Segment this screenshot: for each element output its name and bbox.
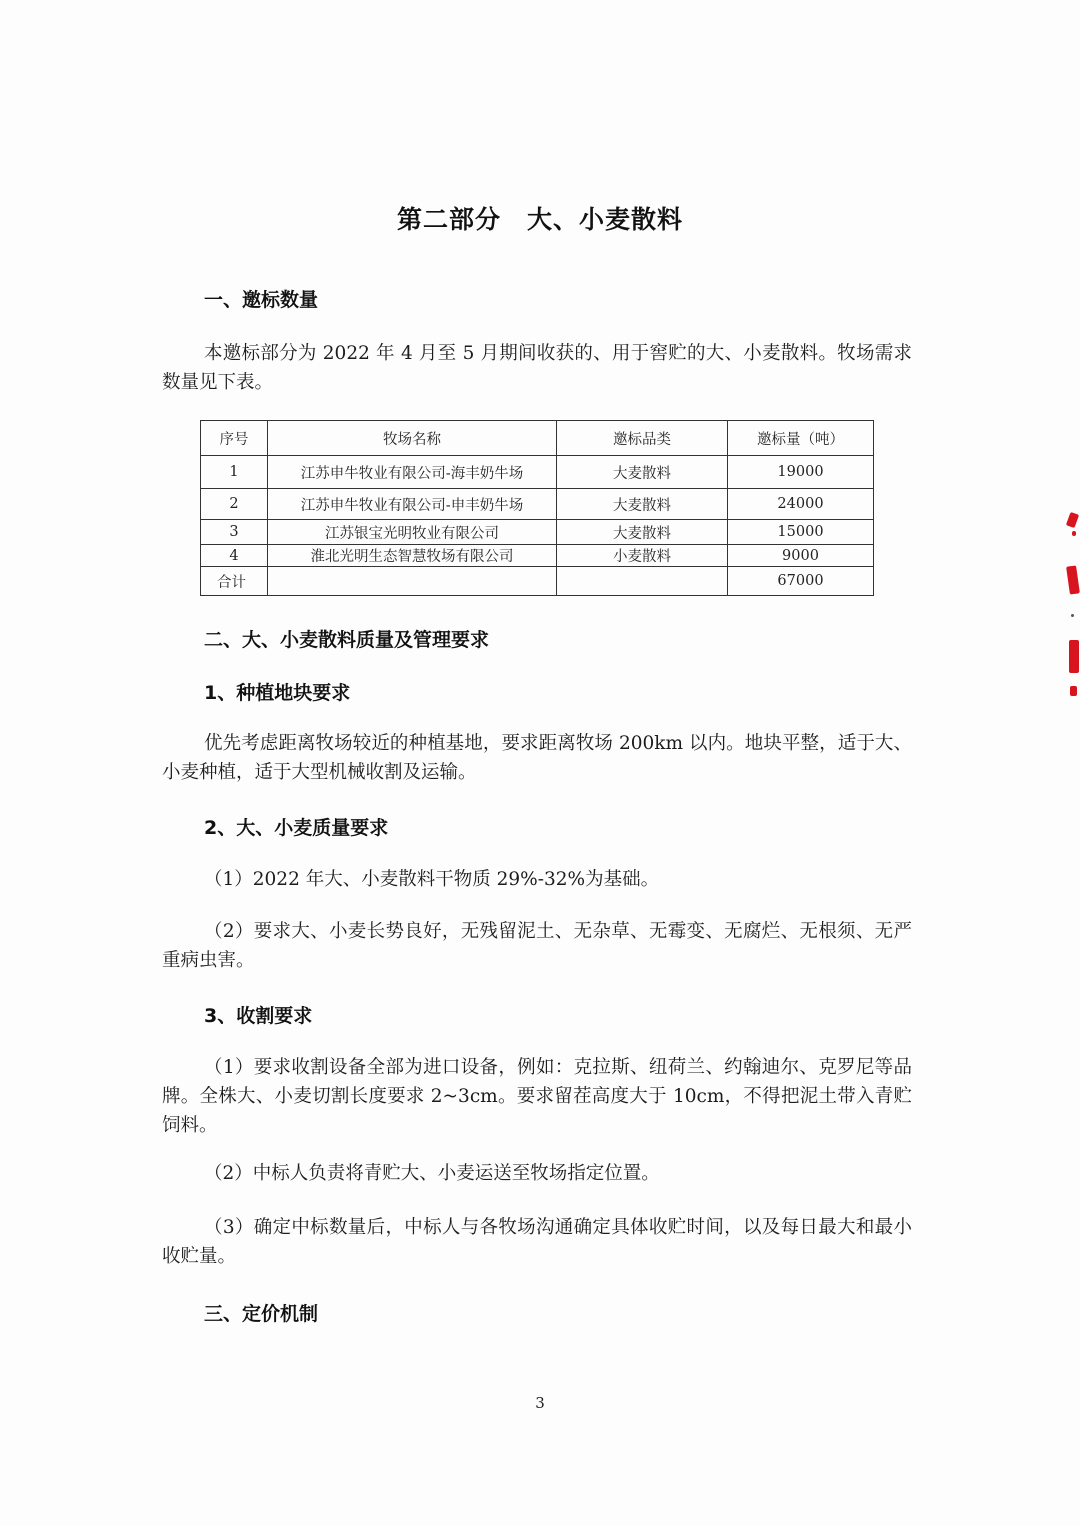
cell-category: 大麦散料 bbox=[557, 489, 728, 520]
table-row: 2 江苏申牛牧业有限公司-申丰奶牛场 大麦散料 24000 bbox=[201, 489, 874, 520]
cell-quantity: 24000 bbox=[728, 489, 874, 520]
subsection-2-1-paragraph: 优先考虑距离牧场较近的种植基地，要求距离牧场 200km 以内。地块平整，适于大… bbox=[162, 729, 912, 787]
table-total-row: 合计 67000 bbox=[201, 567, 874, 596]
header-category: 邀标品类 bbox=[557, 421, 728, 456]
cell-category: 小麦散料 bbox=[557, 545, 728, 567]
table-row: 1 江苏申牛牧业有限公司-海丰奶牛场 大麦散料 19000 bbox=[201, 456, 874, 489]
table-row: 4 淮北光明生态智慧牧场有限公司 小麦散料 9000 bbox=[201, 545, 874, 567]
subsection-heading-2-1: 1、种植地块要求 bbox=[204, 678, 350, 705]
subsection-heading-2-2: 2、大、小麦质量要求 bbox=[204, 813, 388, 840]
page-title: 第二部分 大、小麦散料 bbox=[0, 200, 1080, 236]
cell-quantity: 15000 bbox=[728, 520, 874, 545]
table-header-row: 序号 牧场名称 邀标品类 邀标量（吨） bbox=[201, 421, 874, 456]
page-number: 3 bbox=[0, 1394, 1080, 1412]
subsection-2-2-item-1: （1）2022 年大、小麦散料干物质 29%-32%为基础。 bbox=[162, 865, 912, 894]
header-farm-name: 牧场名称 bbox=[268, 421, 557, 456]
cell-total-quantity: 67000 bbox=[728, 567, 874, 596]
cell-farm-name: 江苏申牛牧业有限公司-海丰奶牛场 bbox=[268, 456, 557, 489]
cell-quantity: 9000 bbox=[728, 545, 874, 567]
cell-empty bbox=[557, 567, 728, 596]
cell-farm-name: 淮北光明生态智慧牧场有限公司 bbox=[268, 545, 557, 567]
table-row: 3 江苏银宝光明牧业有限公司 大麦散料 15000 bbox=[201, 520, 874, 545]
cell-farm-name: 江苏银宝光明牧业有限公司 bbox=[268, 520, 557, 545]
header-quantity: 邀标量（吨） bbox=[728, 421, 874, 456]
cell-category: 大麦散料 bbox=[557, 456, 728, 489]
section-heading-3: 三、定价机制 bbox=[204, 1299, 318, 1326]
subsection-2-3-item-3: （3）确定中标数量后，中标人与各牧场沟通确定具体收贮时间，以及每日最大和最小收贮… bbox=[162, 1213, 912, 1271]
cell-index: 4 bbox=[201, 545, 268, 567]
cell-index: 1 bbox=[201, 456, 268, 489]
bid-quantity-table: 序号 牧场名称 邀标品类 邀标量（吨） 1 江苏申牛牧业有限公司-海丰奶牛场 大… bbox=[200, 420, 874, 596]
subsection-2-3-item-1: （1）要求收割设备全部为进口设备，例如：克拉斯、纽荷兰、约翰迪尔、克罗尼等品牌。… bbox=[162, 1053, 912, 1140]
header-index: 序号 bbox=[201, 421, 268, 456]
cell-empty bbox=[268, 567, 557, 596]
cell-quantity: 19000 bbox=[728, 456, 874, 489]
subsection-2-2-item-2: （2）要求大、小麦长势良好，无残留泥土、无杂草、无霉变、无腐烂、无根须、无严重病… bbox=[162, 917, 912, 975]
cell-index: 2 bbox=[201, 489, 268, 520]
cell-index: 3 bbox=[201, 520, 268, 545]
subsection-heading-2-3: 3、收割要求 bbox=[204, 1001, 312, 1028]
cell-total-label: 合计 bbox=[201, 567, 268, 596]
subsection-2-3-item-2: （2）中标人负责将青贮大、小麦运送至牧场指定位置。 bbox=[162, 1159, 912, 1188]
cell-category: 大麦散料 bbox=[557, 520, 728, 545]
cell-farm-name: 江苏申牛牧业有限公司-申丰奶牛场 bbox=[268, 489, 557, 520]
section-heading-1: 一、邀标数量 bbox=[204, 285, 318, 312]
section-1-paragraph: 本邀标部分为 2022 年 4 月至 5 月期间收获的、用于窖贮的大、小麦散料。… bbox=[162, 339, 912, 397]
section-heading-2: 二、大、小麦散料质量及管理要求 bbox=[204, 625, 489, 652]
